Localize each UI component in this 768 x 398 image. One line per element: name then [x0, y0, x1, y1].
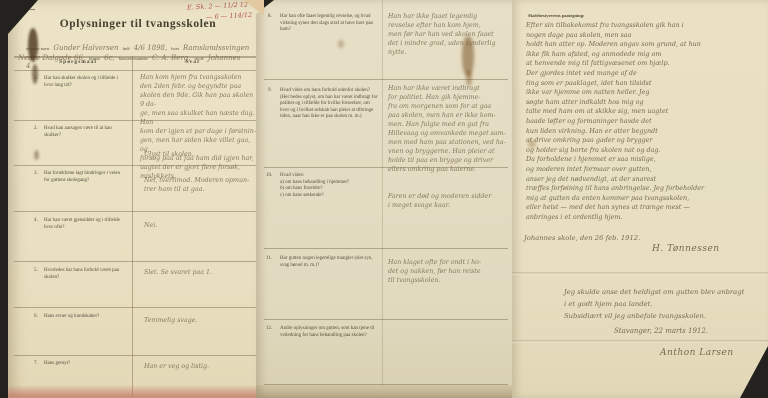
signature-inspector: Anthon Larsen — [660, 348, 734, 358]
form-page-2: 8. Har han ofte faaet legemlig revselse,… — [256, 0, 514, 398]
question-text: Hvad kan aarsagen være til at han skulke… — [44, 126, 126, 139]
endorsement-heading: Skolebestyrerens paategning: — [528, 13, 584, 18]
row-rule-3 — [14, 211, 256, 212]
paper-crease — [512, 272, 768, 275]
ink-blot — [28, 28, 38, 62]
ink-blot — [32, 64, 38, 84]
question-text: Andre oplysninger om gutten, som kan tje… — [280, 326, 375, 339]
question-text: Har han været gjensidder og i tilfælde h… — [44, 218, 126, 231]
question-number: 3. — [34, 171, 38, 176]
question-number: 11. — [266, 256, 272, 261]
question-text: Har gutten nogen legemlige mangler (slet… — [280, 256, 375, 269]
answer-text: Temmelig svage. — [144, 316, 262, 325]
form-page-1: 4 — E. Sk. 2 — 11/2 12 — 6 — 114/12 Oply… — [8, 0, 260, 398]
scanned-document: 4 — E. Sk. 2 — 11/2 12 — 6 — 114/12 Oply… — [0, 0, 768, 398]
question-text: Hans evner og kundskaber? — [44, 314, 126, 321]
question-text: Hans gemyt? — [44, 361, 126, 368]
question-text: Hvad vides: a) om hans behandling i hjem… — [280, 173, 375, 199]
row-rule-5 — [14, 307, 256, 308]
table-column-divider — [382, 0, 383, 386]
table-header-rule — [14, 70, 256, 71]
under-sheet-edge — [256, 385, 514, 398]
column-header-answer: Svar — [138, 59, 248, 65]
column-header-question: Spørgsmaal — [28, 59, 128, 65]
endorsement-body: Efter sin tilbakekomst fra tvangsskolen … — [526, 21, 762, 222]
answer-text: Han klaget ofte for ondt i ho- det og na… — [388, 258, 506, 285]
question-number: 9. — [268, 88, 272, 93]
answer-text: Han har ikke faaet legemlig revselse eft… — [388, 12, 506, 57]
row-rule-4 — [14, 261, 256, 262]
row-rule-10 — [264, 248, 508, 249]
question-text: Har forældrene lagt hindringer i veien f… — [44, 171, 126, 184]
question-number: 6. — [34, 314, 38, 319]
pencil-mark: 4 — — [16, 4, 36, 15]
form-title: Oplysninger til tvangsskolen — [38, 18, 238, 30]
brown-stain — [338, 40, 344, 48]
row-rule-11 — [264, 319, 508, 320]
page-corner-fold — [244, 0, 264, 16]
answer-text: Han har ikke været indbragt for politiet… — [388, 84, 506, 174]
table-top-rule — [14, 56, 256, 58]
answer-text: Faren er død og moderen sidder i meget s… — [388, 192, 506, 210]
answer-text: Slet. Se svaret paa 1. — [144, 268, 262, 277]
answer-text: Han er veg og listig. — [144, 362, 262, 371]
answer-text: Han kom hjem fra tvangsskolen den 2den f… — [140, 73, 258, 181]
question-number: 12. — [266, 326, 272, 331]
question-text: Hvorledes har hans forhold været paa sko… — [44, 268, 126, 281]
brown-stain — [528, 140, 536, 148]
place-date-2: Stavanger, 22 marts 1912. — [614, 327, 708, 335]
answer-text: Nei. — [144, 221, 262, 230]
question-text: Har han ofte faaet legemlig revselse, og… — [280, 14, 375, 34]
signature-headmaster: H. Tønnessen — [652, 244, 720, 254]
question-number: 5. — [34, 268, 38, 273]
place-date-1: Johannes skole, den 26 feb. 1912. — [524, 234, 640, 242]
ink-blot — [34, 150, 39, 160]
question-number: 8. — [268, 14, 272, 19]
question-number: 10. — [266, 173, 272, 178]
question-text: Hvad vides om hans forhold udenfor skole… — [280, 88, 378, 121]
question-number: 4. — [34, 218, 38, 223]
archive-mark-1: E. Sk. 2 — 11/2 12 — [187, 0, 248, 11]
question-number: 7. — [34, 361, 38, 366]
question-text: Har han skulket skolen og i tilfælde i h… — [44, 76, 126, 89]
red-stain-band — [8, 385, 260, 398]
endorsement-page: Skolebestyrerens paategning: Efter sin t… — [512, 0, 768, 398]
endorsement-note: Jeg skulde anse det heldigst om gutten b… — [564, 286, 764, 322]
question-number: 2. — [34, 126, 38, 131]
brown-stain — [466, 70, 472, 86]
answer-text: Ulyst til skolen. — [144, 150, 262, 159]
table-column-divider — [132, 56, 133, 396]
answer-text: Nei, tvertimod. Moderen opmun- trer ham … — [144, 176, 262, 194]
paper-crease — [512, 340, 768, 343]
row-rule-6 — [14, 355, 256, 356]
